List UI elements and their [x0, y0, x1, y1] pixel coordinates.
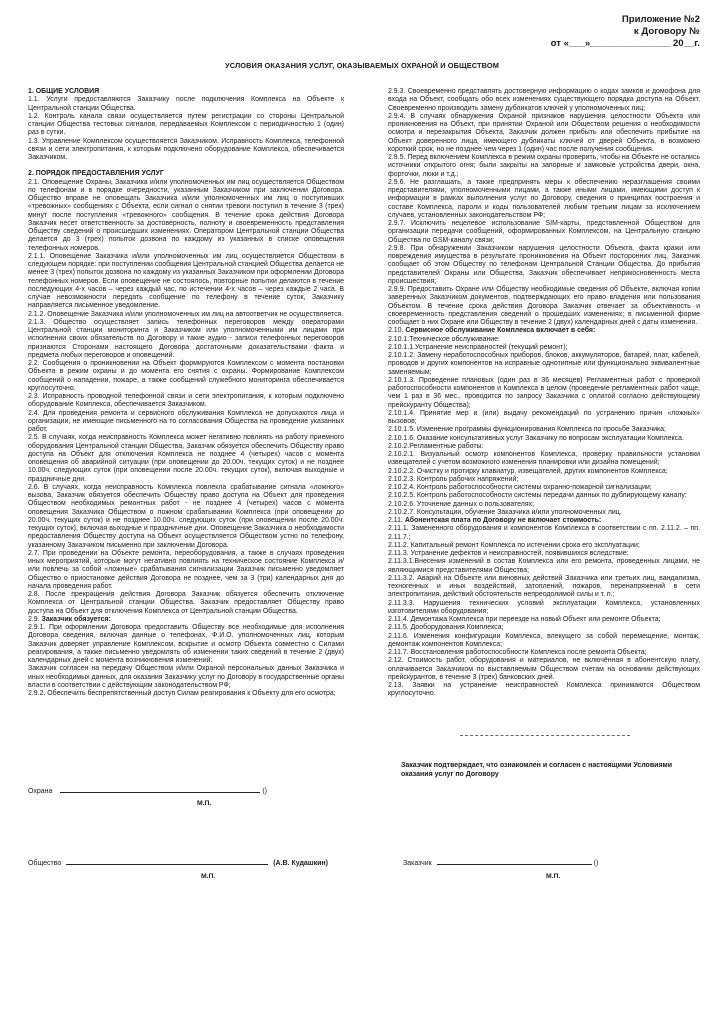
clause: 2.11.5. Дооборудования Комплекса;: [388, 624, 700, 632]
section-heading-procedure: 2. ПОРЯДОК ПРЕДОСТАВЛЕНИЯ УСЛУГ: [28, 170, 344, 178]
document-title: УСЛОВИЯ ОКАЗАНИЯ УСЛУГ, ОКАЗЫВАЕМЫХ ОХРА…: [0, 61, 724, 70]
right-column: 2.9.3. Своевременно представлять достове…: [388, 88, 700, 699]
clause: 2.4. Для проведения ремонта и сервисного…: [28, 410, 344, 435]
clause-heading-customer-obligations: 2.9. Заказчик обязуется:: [28, 616, 344, 624]
clause: 2.11.3. Устранение дефектов и неисправно…: [388, 550, 700, 558]
guard-signature-row: Охрана (): [28, 785, 267, 795]
clause: 1.2. Контроль канала связи осуществляетс…: [28, 113, 344, 138]
clause: 2.10.2.6. Уточнение данных о пользовател…: [388, 501, 700, 509]
clause: 2.11.3.1.Внесения изменений в состав Ком…: [388, 558, 700, 575]
guard-label: Охрана: [28, 788, 52, 795]
section-heading-general: 1. ОБЩИЕ УСЛОВИЯ: [28, 88, 344, 96]
clause: 2.1.1. Оповещение Заказчика и/или уполно…: [28, 253, 344, 311]
clause: 2.13. Заявки на устранение неисправносте…: [388, 682, 700, 699]
clause: 2.9.4. В случаях обнаружения Охраной при…: [388, 113, 700, 154]
society-signatory-name: (А.В. Кудашкин): [273, 860, 328, 867]
appendix-number: Приложение №2: [551, 14, 700, 26]
clause-number: 2.9.: [28, 616, 42, 623]
clause: 2.10.1.2. Замену неработоспособных прибо…: [388, 352, 700, 377]
customer-signature-row: Заказчик (): [403, 857, 598, 867]
customer-signature-line[interactable]: [437, 857, 592, 865]
clause: 2.10.1.5. Изменение программы функционир…: [388, 426, 700, 434]
clause: 2.10.1.6. Оказание консультативных услуг…: [388, 435, 700, 443]
clause: 2.10.2.7. Консультации, обучение Заказчи…: [388, 509, 700, 517]
society-signature-row: Общество (А.В. Кудашкин): [28, 857, 328, 867]
clause-heading-service: 2.10. Сервисное обслуживание Комплекса в…: [388, 327, 700, 335]
contract-reference: к Договору №: [551, 26, 700, 38]
customer-confirmation: Заказчик подтверждает, что ознакомлен и …: [401, 762, 701, 779]
clause: 2.9.3. Своевременно представлять достове…: [388, 88, 700, 113]
clause: 2.11.3.3. Нарушения технических условий …: [388, 600, 700, 617]
clause: 2.2. Сообщения о проникновении на Объект…: [28, 360, 344, 393]
clause: 2.8. После прекращения действия Договора…: [28, 591, 344, 616]
clause: 2.7. При проведении на Объекте ремонта, …: [28, 550, 344, 591]
clause: 2.11.1. Замененного оборудования и компо…: [388, 525, 700, 542]
customer-label: Заказчик: [403, 860, 432, 867]
clause: 2.9.1. При оформлении Договора предостав…: [28, 624, 344, 665]
clause: 2.5. В случаях, когда неисправность Комп…: [28, 434, 344, 484]
clause-title: Заказчик обязуется:: [42, 616, 111, 623]
clause: 2.9.7. Исключить нецелевое использование…: [388, 220, 700, 245]
clause: 2.11.3.2. Аварий на Объекте или виновных…: [388, 575, 700, 600]
clause-number: 2.10.: [388, 327, 405, 334]
clause: 2.10.1.1.Устранение неисправностей (теку…: [388, 344, 700, 352]
clause: 2.3. Исправность проводной телефонной св…: [28, 393, 344, 410]
clause: 2.10.1.Техническое обслуживание:: [388, 336, 700, 344]
section-divider: [460, 735, 630, 736]
clause: 2.10.1.4. Принятие мер и (или) выдачу ре…: [388, 410, 700, 427]
clause: 2.1.2. Оповещение Заказчика и/или уполно…: [28, 311, 344, 319]
clause: 2.12. Стоимость работ, оборудования и ма…: [388, 657, 700, 682]
clause: 1.1. Услуги предоставляются Заказчику по…: [28, 96, 344, 113]
clause: 2.10.1.3. Проведение плановых (один раз …: [388, 377, 700, 410]
society-stamp-place: М.П.: [201, 873, 215, 880]
clause-title: Абонентская плата по Договору не включае…: [405, 517, 601, 524]
clause: Заказчик согласен на передачу Обществом …: [28, 665, 344, 690]
clause: 2.10.2.1. Визуальный осмотр компонентов …: [388, 451, 700, 468]
left-column: 1. ОБЩИЕ УСЛОВИЯ 1.1. Услуги предоставля…: [28, 88, 344, 698]
clause: 2.9.6. Не разглашать, а также предпринят…: [388, 179, 700, 220]
clause: 2.10.2.4. Контроль работоспособности сис…: [388, 484, 700, 492]
clause: 2.11.2. Капитальный ремонт Комплекса по …: [388, 542, 700, 550]
clause: 2.1. Оповещение Охраны, Заказчика и/или …: [28, 179, 344, 253]
guard-signature-line[interactable]: [60, 785, 260, 793]
clause: 2.10.2.Регламентные работы:: [388, 443, 700, 451]
clause: 2.1.3. Общество осуществляет запись теле…: [28, 319, 344, 360]
clause: 1.3. Управление Комплексом осуществляетс…: [28, 138, 344, 163]
clause: 2.9.5. Перед включением Комплекса в режи…: [388, 154, 700, 179]
contract-date: от «___»_______________ 20__г.: [551, 38, 700, 50]
clause: 2.11.4. Демонтажа Комплекса при переезде…: [388, 616, 700, 624]
customer-name: (): [594, 860, 599, 867]
society-signature-line[interactable]: [66, 857, 268, 865]
customer-stamp-place: М.П.: [546, 873, 560, 880]
appendix-header: Приложение №2 к Договору № от «___»_____…: [551, 14, 700, 50]
clause: 2.11.7. Восстановления работоспособности…: [388, 649, 700, 657]
clause: 2.9.9. Предоставить Охране или Обществу …: [388, 286, 700, 327]
clause: 2.9.8. При обнаружении Заказчиком наруше…: [388, 245, 700, 286]
clause-number: 2.11.: [388, 517, 405, 524]
clause: 2.9.2. Обеспечить беспрепятственный дост…: [28, 690, 344, 698]
guard-stamp-place: М.П.: [197, 800, 211, 807]
clause: 2.10.2.2. Очистку и протирку клавиатур, …: [388, 468, 700, 476]
clause: 2.6. В случаях, когда неисправность Комп…: [28, 484, 344, 550]
clause-title: Сервисное обслуживание Комплекса включае…: [405, 327, 595, 334]
clause: 2.10.2.5. Контроль работоспособности сис…: [388, 492, 700, 500]
society-label: Общество: [28, 860, 61, 867]
clause: 2.11.6. Изменения конфигурации Комплекса…: [388, 633, 700, 650]
clause: 2.10.2.3. Контроль рабочих напряжений;: [388, 476, 700, 484]
guard-name: (): [262, 788, 267, 795]
clause-heading-fee-exclusions: 2.11. Абонентская плата по Договору не в…: [388, 517, 700, 525]
